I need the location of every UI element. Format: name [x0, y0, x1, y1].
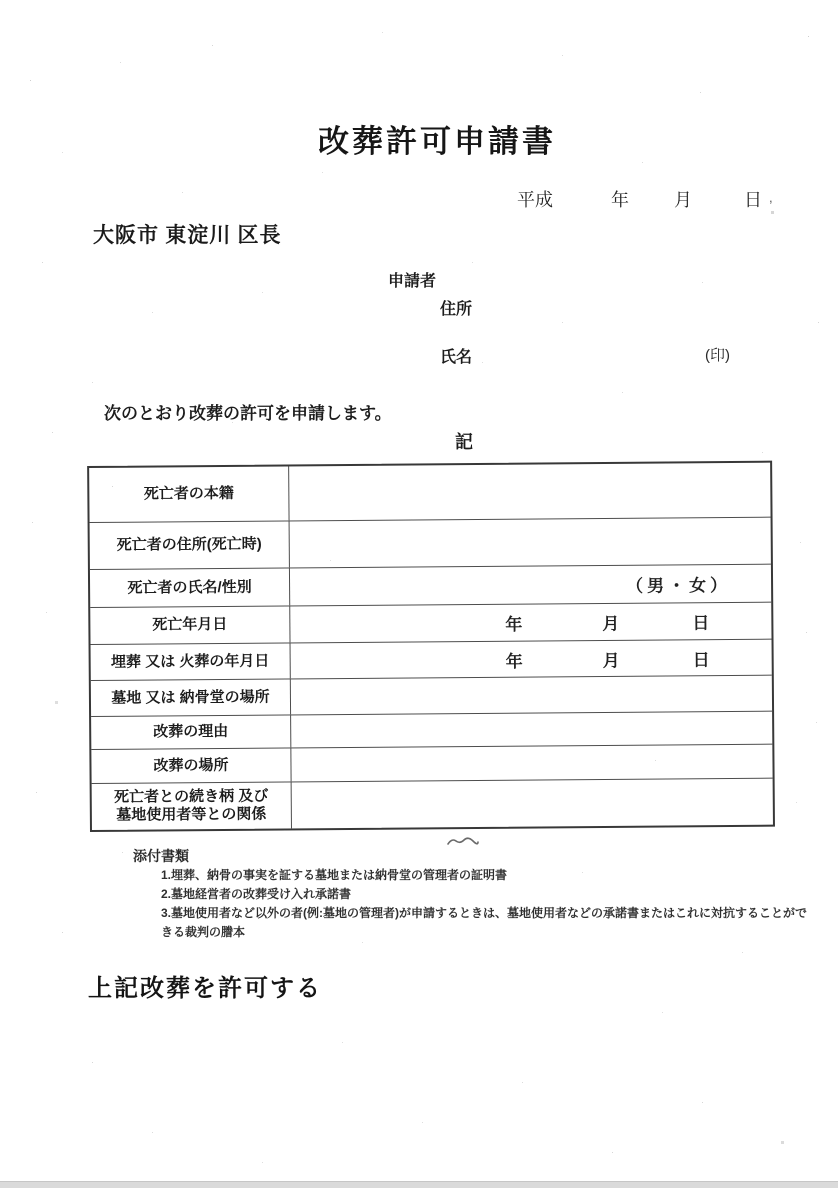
row-value-blank: [291, 712, 772, 748]
attachment-item: 3.墓地使用者など以外の者(例:墓地の管理者)が申請するときは、墓地使用者などの…: [161, 904, 815, 942]
day-label: 日: [744, 186, 762, 212]
ymd-month-label: 月: [603, 646, 620, 671]
row-label: 埋葬 又は 火葬の年月日: [91, 643, 291, 680]
table-row-address-at-death: 死亡者の住所(死亡時): [90, 518, 771, 570]
applicant-name-label: 氏名: [440, 344, 472, 367]
seal-mark: (印): [705, 344, 730, 365]
table-row-domicile: 死亡者の本籍: [89, 463, 770, 523]
applicant-heading: 申請者: [388, 268, 436, 291]
row-label: 死亡者の本籍: [89, 466, 289, 522]
row-label: 墓地 又は 納骨堂の場所: [91, 679, 291, 716]
intro-text: 次のとおり改葬の許可を申請します。: [104, 399, 392, 424]
row-value-blank: [291, 745, 772, 782]
row-value-ymd: 年 月 日: [291, 640, 772, 679]
row-label: 死亡者の氏名/性別: [90, 568, 290, 607]
table-row-burial-cremation-date: 埋葬 又は 火葬の年月日 年 月 日: [91, 640, 772, 681]
row-value-blank: [289, 463, 770, 521]
row-value-blank: [291, 676, 772, 715]
ymd-year-label: 年: [505, 610, 522, 635]
table-row-reburial-location: 改葬の場所: [91, 745, 772, 784]
application-details-table: 死亡者の本籍 死亡者の住所(死亡時) 死亡者の氏名/性別 （男・女） 死亡年月日…: [87, 461, 775, 832]
attachments-heading: 添付書類: [133, 846, 189, 866]
addressee-line: 大阪市 東淀川 区長: [93, 219, 282, 249]
scan-bottom-edge: [0, 1181, 838, 1188]
approval-line: 上記改葬を許可する: [88, 968, 322, 1003]
ymd-day-label: 日: [693, 645, 710, 670]
date-line: 平成 年 月 日 ,: [517, 186, 807, 212]
scan-comma-artifact: ,: [769, 190, 773, 205]
scan-noise-speckles: [0, 0, 1, 1]
table-row-name-sex: 死亡者の氏名/性別 （男・女）: [90, 565, 771, 608]
row-label: 改葬の理由: [91, 715, 291, 749]
row-label: 死亡者との続き柄 及び 墓地使用者等との関係: [92, 782, 292, 830]
row-label: 改葬の場所: [91, 748, 291, 783]
row-label-line1: 死亡者との続き柄 及び: [114, 788, 268, 807]
row-value-ymd: 年 月 日: [290, 603, 771, 643]
page-title: 改葬許可申請書: [318, 116, 556, 161]
ymd-day-label: 日: [692, 609, 709, 634]
ymd-month-label: 月: [602, 609, 619, 634]
attachment-item: 2.墓地経営者の改葬受け入れ承諾書: [161, 885, 815, 904]
table-row-cemetery-location: 墓地 又は 納骨堂の場所: [91, 676, 772, 717]
squiggle-scan-artifact: [446, 836, 480, 848]
gender-options: （男・女）: [290, 565, 771, 606]
table-row-relationship: 死亡者との続き柄 及び 墓地使用者等との関係: [92, 779, 773, 830]
scanned-document-page: 改葬許可申請書 平成 年 月 日 , 大阪市 東淀川 区長 申請者 住所 氏名 …: [0, 0, 838, 1188]
row-label: 死亡年月日: [90, 606, 290, 644]
row-value-blank: [292, 779, 773, 829]
row-value-blank: [290, 518, 771, 568]
row-label-line2: 墓地使用者等との関係: [116, 806, 266, 825]
row-label: 死亡者の住所(死亡時): [90, 521, 290, 569]
table-row-reburial-reason: 改葬の理由: [91, 712, 772, 750]
month-label: 月: [674, 186, 692, 212]
year-label: 年: [611, 186, 629, 212]
attachment-item: 1.埋葬、納骨の事実を証する墓地または納骨堂の管理者の証明書: [161, 866, 815, 885]
record-marker: 記: [455, 428, 473, 454]
era-label: 平成: [517, 186, 553, 212]
applicant-address-label: 住所: [440, 296, 472, 319]
ymd-year-label: 年: [506, 647, 523, 672]
table-row-date-of-death: 死亡年月日 年 月 日: [90, 603, 771, 645]
attachments-list: 1.埋葬、納骨の事実を証する墓地または納骨堂の管理者の証明書 2.墓地経営者の改…: [161, 866, 815, 942]
